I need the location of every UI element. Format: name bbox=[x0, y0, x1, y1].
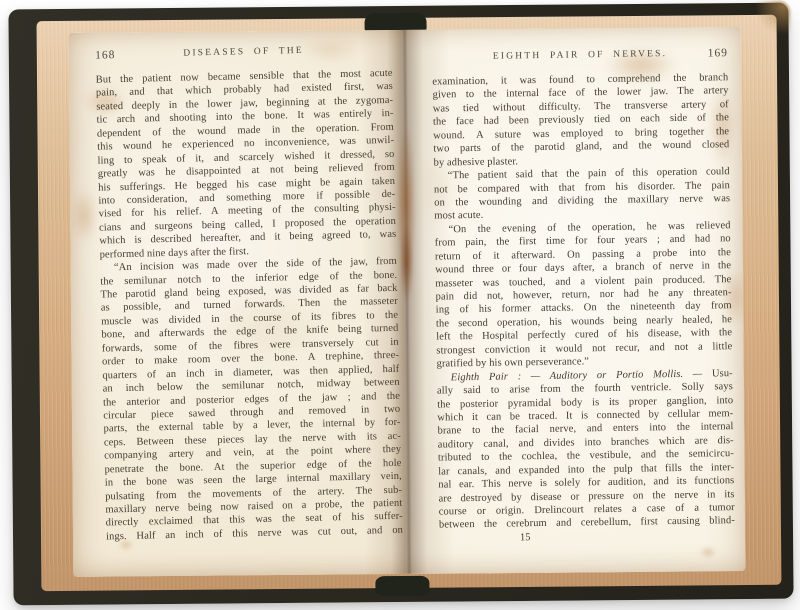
gutter-stain bbox=[398, 215, 415, 310]
book: 168 DISEASES OF THE But the patient now … bbox=[8, 3, 793, 606]
left-running-title: DISEASES OF THE bbox=[95, 44, 392, 61]
left-page-content: 168 DISEASES OF THE But the patient now … bbox=[69, 28, 414, 577]
text-segment: Usu- bbox=[711, 368, 732, 379]
right-page-content: EIGHTH PAIR OF NERVES. 169 examination, … bbox=[401, 27, 745, 575]
right-page-text: examination, it was found to comprehend … bbox=[432, 71, 735, 532]
left-page-text: But the patient now became sensible that… bbox=[96, 67, 404, 544]
text-segment: most acute. bbox=[434, 210, 483, 222]
book-photograph: 168 DISEASES OF THE But the patient now … bbox=[0, 0, 800, 610]
right-page-number: 169 bbox=[707, 47, 727, 59]
left-page-number: 168 bbox=[95, 49, 116, 61]
text-segment: by adhesive plaster. bbox=[433, 156, 518, 168]
cover-corner-wear bbox=[756, 1, 790, 37]
right-running-head: EIGHTH PAIR OF NERVES. 169 bbox=[432, 48, 728, 67]
signature-mark: 15 bbox=[377, 530, 673, 545]
right-running-title: EIGHTH PAIR OF NERVES. bbox=[432, 48, 728, 62]
left-page: 168 DISEASES OF THE But the patient now … bbox=[69, 30, 406, 577]
left-running-head: 168 DISEASES OF THE bbox=[95, 44, 392, 66]
right-page: EIGHTH PAIR OF NERVES. 169 examination, … bbox=[401, 27, 745, 574]
spine-bottom-edge bbox=[375, 576, 429, 596]
open-page-spread: 168 DISEASES OF THE But the patient now … bbox=[69, 27, 746, 577]
text-segment: gratified by his own perseverance.” bbox=[436, 356, 589, 369]
text-segment: two parts of the parotid gland, and the … bbox=[433, 139, 729, 154]
text-segment: between the cerebrum and cerebellum, fir… bbox=[439, 516, 735, 531]
